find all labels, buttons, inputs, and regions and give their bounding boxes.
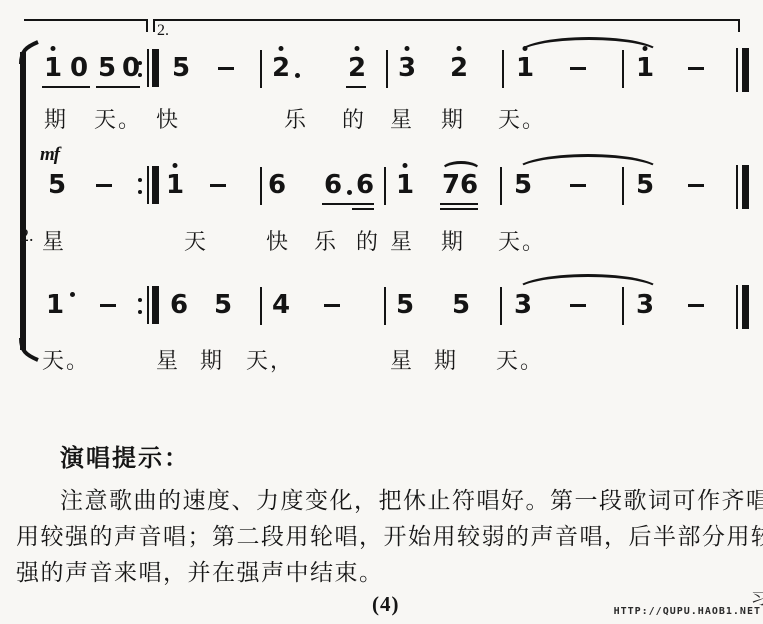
duration-dash: [210, 184, 226, 187]
repeat-dot: [138, 61, 142, 65]
system-bracket: [6, 40, 50, 362]
note-number: 1: [44, 55, 62, 81]
note-number: 2: [450, 55, 468, 81]
page-number: (4): [372, 592, 400, 617]
note-number: 3: [398, 55, 416, 81]
final-barline-thick: [742, 285, 749, 329]
repeat-dot: [138, 190, 142, 194]
octave-dot: [355, 46, 360, 51]
tie-slur: [516, 274, 660, 307]
lyric-syllable: 期: [200, 344, 224, 375]
octave-dot: [457, 46, 462, 51]
augmentation-dot: [295, 73, 300, 78]
note-number: 5: [452, 292, 470, 318]
repeat-barline-thin: [147, 49, 149, 87]
note-number: 5: [396, 292, 414, 318]
lyric-syllable: 天。: [498, 225, 546, 256]
lyric-syllable: 天。: [94, 103, 142, 134]
note-number: 4: [272, 292, 290, 318]
augmentation-dot: [347, 190, 352, 195]
lyric-syllable: 期: [441, 103, 465, 134]
beam-underline: [346, 86, 366, 88]
barline: [260, 287, 262, 325]
lyric-syllable: 星: [156, 344, 180, 375]
note-number: 0: [70, 55, 88, 81]
sheet-music-page: 2. 10505223211期天。快乐的星期天。mf51666176552.星天…: [0, 0, 763, 624]
final-barline-thin: [736, 48, 738, 92]
lyric-syllable: 天: [184, 225, 208, 256]
repeat-barline-thick: [152, 49, 159, 87]
barline: [260, 167, 262, 205]
lyric-syllable: 天，: [246, 344, 294, 375]
volta-tick: [146, 19, 148, 32]
note-number: 5: [214, 292, 232, 318]
lyric-syllable: 天。: [498, 103, 546, 134]
volta-line: [153, 19, 740, 21]
tips-paragraph-line: 注意歌曲的速度、力度变化，把休止符唱好。第一段歌词可作齐唱，: [60, 482, 763, 515]
beam-underline: [440, 203, 478, 205]
repeat-dot: [138, 310, 142, 314]
note-number: 6: [170, 292, 188, 318]
final-barline-thin: [736, 285, 738, 329]
note-number: 2: [272, 55, 290, 81]
barline: [260, 50, 262, 88]
lyric-syllable: 乐: [314, 225, 338, 256]
duration-dash: [218, 67, 234, 70]
barline: [502, 50, 504, 88]
verse-number: 2.: [20, 225, 34, 246]
augmentation-dot: [70, 292, 75, 297]
repeat-barline-thin: [147, 286, 149, 324]
duration-dash: [324, 304, 340, 307]
barline: [386, 50, 388, 88]
repeat-dot: [138, 178, 142, 182]
lyric-syllable: 乐: [284, 103, 308, 134]
tie-slur: [518, 37, 660, 70]
volta-number-label: 2.: [157, 22, 169, 40]
lyric-syllable: 星: [390, 225, 414, 256]
octave-dot: [405, 46, 410, 51]
volta-line: [24, 19, 148, 21]
tie-slur: [441, 161, 481, 180]
lyric-syllable: 快: [156, 103, 180, 134]
octave-dot: [51, 46, 56, 51]
duration-dash: [688, 304, 704, 307]
tips-paragraph-line: 用较强的声音唱；第二段用轮唱，开始用较弱的声音唱，后半部分用较: [16, 518, 763, 551]
repeat-dot: [138, 73, 142, 77]
note-number: 6: [324, 172, 342, 198]
beam-underline: [96, 86, 140, 88]
barline: [500, 287, 502, 325]
volta-tick: [738, 19, 740, 32]
note-number: 2: [348, 55, 366, 81]
beam-underline: [440, 208, 478, 210]
barline: [384, 167, 386, 205]
lyric-syllable: 期: [441, 225, 465, 256]
tie-slur: [516, 154, 660, 187]
note-number: 1: [396, 172, 414, 198]
barline: [384, 287, 386, 325]
note-number: 5: [48, 172, 66, 198]
lyric-syllable: 天。: [42, 344, 90, 375]
octave-dot: [173, 163, 178, 168]
duration-dash: [96, 184, 112, 187]
note-number: 6: [356, 172, 374, 198]
tips-heading: 演唱提示：: [60, 438, 190, 473]
final-barline-thick: [742, 48, 749, 92]
note-number: 5: [98, 55, 116, 81]
lyric-syllable: 期: [44, 103, 68, 134]
final-barline-thin: [736, 165, 738, 209]
lyric-syllable: 星: [390, 103, 414, 134]
repeat-barline-thick: [152, 286, 159, 324]
beam-underline: [322, 203, 374, 205]
tips-paragraph-line: 强的声音来唱，并在强声中结束。: [16, 554, 384, 587]
repeat-barline-thick: [152, 166, 159, 204]
note-number: 0: [122, 55, 140, 81]
lyric-syllable: 期: [434, 344, 458, 375]
note-number: 6: [268, 172, 286, 198]
beam-underline: [352, 208, 374, 210]
lyric-syllable: 天。: [496, 344, 544, 375]
note-number: 1: [46, 292, 64, 318]
source-url: HTTP://QUPU.HAOB1.NET: [614, 606, 761, 617]
octave-dot: [403, 163, 408, 168]
final-barline-thick: [742, 165, 749, 209]
duration-dash: [100, 304, 116, 307]
duration-dash: [688, 67, 704, 70]
beam-underline: [42, 86, 90, 88]
lyric-syllable: 星: [42, 225, 66, 256]
lyric-syllable: 的: [342, 103, 366, 134]
lyric-syllable: 的: [356, 225, 380, 256]
lyric-syllable: 快: [266, 225, 290, 256]
repeat-dot: [138, 298, 142, 302]
repeat-barline-thin: [147, 166, 149, 204]
dynamic-marking: mf: [40, 144, 59, 166]
duration-dash: [688, 184, 704, 187]
note-number: 5: [172, 55, 190, 81]
volta-tick: [153, 19, 155, 32]
octave-dot: [279, 46, 284, 51]
barline: [500, 167, 502, 205]
lyric-syllable: 星: [390, 344, 414, 375]
note-number: 1: [166, 172, 184, 198]
